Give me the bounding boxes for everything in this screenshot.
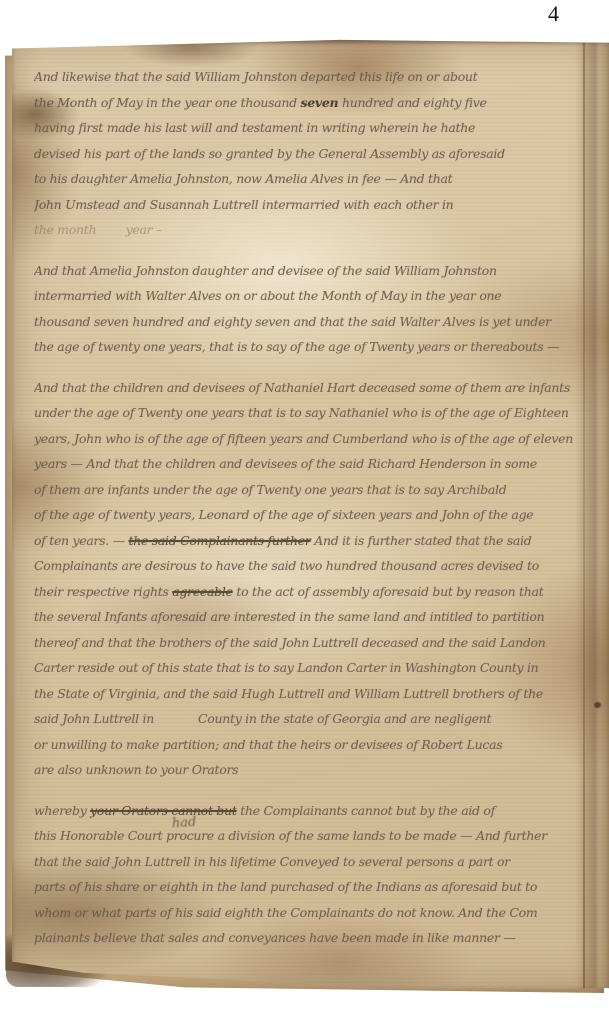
manuscript-line: whereby your Orators cannot but the Comp… xyxy=(34,798,582,824)
vertical-crease xyxy=(583,38,585,990)
handwritten-text: are also unknown to your Orators xyxy=(34,762,238,777)
handwritten-text: the several Infants aforesaid are intere… xyxy=(34,609,544,624)
handwritten-text: their respective rights xyxy=(34,584,172,599)
manuscript-line: years — And that the children and devise… xyxy=(34,451,582,477)
manuscript-line: of them are infants under the age of Twe… xyxy=(34,477,582,503)
handwritten-text: that the said John Luttrell in his lifet… xyxy=(34,854,510,869)
handwritten-text: under the age of Twenty one years that i… xyxy=(34,405,569,420)
handwritten-text: the Complainants cannot but by the aid o… xyxy=(237,803,495,818)
handwritten-text: seven xyxy=(301,95,339,110)
handwritten-text: this Honorable Court procure a division … xyxy=(34,828,547,843)
handwritten-text: to the act of assembly aforesaid but by … xyxy=(233,584,544,599)
handwritten-text: And that the children and devisees of Na… xyxy=(34,380,570,395)
handwritten-text: plainants believe that sales and conveya… xyxy=(34,930,516,945)
handwritten-text: hundred and eighty five xyxy=(338,95,486,110)
handwritten-text: the State of Virginia, and the said Hugh… xyxy=(34,686,543,701)
manuscript-line: their respective rights agreeable to the… xyxy=(34,579,582,605)
handwritten-text: the age of twenty one years, that is to … xyxy=(34,339,559,354)
handwritten-text: intermarried with Walter Alves on or abo… xyxy=(34,288,501,303)
handwritten-text: whom or what parts of his said eighth th… xyxy=(34,905,537,920)
manuscript-line: plainants believe that sales and conveya… xyxy=(34,925,582,951)
manuscript-line: the several Infants aforesaid are intere… xyxy=(34,604,582,630)
manuscript-line: having first made his last will and test… xyxy=(34,115,582,141)
handwritten-text: Carter reside out of this state that is … xyxy=(34,660,538,675)
struck-through-text: agreeable xyxy=(172,584,232,599)
handwritten-text: devised his part of the lands so granted… xyxy=(34,146,505,161)
struck-through-text: the said Complainants further xyxy=(129,533,311,548)
handwritten-text: parts of his share or eighth in the land… xyxy=(34,879,537,894)
manuscript-line: of ten years. — the said Complainants fu… xyxy=(34,528,582,554)
manuscript-line: thousand seven hundred and eighty seven … xyxy=(34,309,582,335)
handwritten-text: And that Amelia Johnston daughter and de… xyxy=(34,263,497,278)
handwritten-text: of ten years. — xyxy=(34,533,129,548)
handwritten-text: years, John who is of the age of fifteen… xyxy=(34,431,573,446)
manuscript-line: Complainants are desirous to have the sa… xyxy=(34,553,582,579)
handwritten-text: thereof and that the brothers of the sai… xyxy=(34,635,546,650)
manuscript-line: or unwilling to make partition; and that… xyxy=(34,732,582,758)
handwritten-text: thousand seven hundred and eighty seven … xyxy=(34,314,551,329)
manuscript-line: devised his part of the lands so granted… xyxy=(34,141,582,167)
handwritten-text: having first made his last will and test… xyxy=(34,120,475,135)
handwritten-text: whereby xyxy=(34,803,90,818)
handwritten-text: the Month of May in the year one thousan… xyxy=(34,95,301,110)
manuscript-line: this Honorable Court procure a division … xyxy=(34,823,582,849)
manuscript-line: years, John who is of the age of fifteen… xyxy=(34,426,582,452)
manuscript-line: thereof and that the brothers of the sai… xyxy=(34,630,582,656)
manuscript-line: John Umstead and Susannah Luttrell inter… xyxy=(34,192,582,218)
handwritten-text: said John Luttrell in County in the stat… xyxy=(34,711,491,726)
manuscript-line: are also unknown to your Orators xyxy=(34,757,582,783)
manuscript-sheet: And likewise that the said William Johns… xyxy=(12,38,609,990)
manuscript-line: Carter reside out of this state that is … xyxy=(34,655,582,681)
handwritten-text: John Umstead and Susannah Luttrell inter… xyxy=(34,197,453,212)
handwritten-text: the month year – xyxy=(34,222,162,237)
ink-blot xyxy=(594,702,601,708)
page-number: 4 xyxy=(548,1,559,27)
handwritten-text: to his daughter Amelia Johnston, now Ame… xyxy=(34,171,452,186)
handwritten-text: And likewise that the said William Johns… xyxy=(34,69,477,84)
manuscript-line: intermarried with Walter Alves on or abo… xyxy=(34,283,582,309)
manuscript-line: the Month of May in the year one thousan… xyxy=(34,90,582,116)
handwritten-text: or unwilling to make partition; and that… xyxy=(34,737,502,752)
manuscript-line: the State of Virginia, and the said Hugh… xyxy=(34,681,582,707)
manuscript-line: to his daughter Amelia Johnston, now Ame… xyxy=(34,166,582,192)
manuscript-line: And that Amelia Johnston daughter and de… xyxy=(34,258,582,284)
handwritten-text: Complainants are desirous to have the sa… xyxy=(34,558,539,573)
manuscript-lines: And likewise that the said William Johns… xyxy=(34,64,582,988)
handwritten-text: And it is further stated that the said xyxy=(311,533,532,548)
manuscript-line: And likewise that the said William Johns… xyxy=(34,64,582,90)
scanned-document-page: 4 And likewise that the said William Joh… xyxy=(0,0,609,1023)
handwritten-text: of them are infants under the age of Twe… xyxy=(34,482,506,497)
manuscript-line: the age of twenty one years, that is to … xyxy=(34,334,582,360)
handwritten-text: years — And that the children and devise… xyxy=(34,456,537,471)
manuscript-line: parts of his share or eighth in the land… xyxy=(34,874,582,900)
manuscript-line: said John Luttrell in County in the stat… xyxy=(34,706,582,732)
handwritten-text: of the age of twenty years, Leonard of t… xyxy=(34,507,533,522)
manuscript-line: And that the children and devisees of Na… xyxy=(34,375,582,401)
manuscript-line: the month year – xyxy=(34,217,582,243)
manuscript-line: under the age of Twenty one years that i… xyxy=(34,400,582,426)
manuscript-line: that the said John Luttrell in his lifet… xyxy=(34,849,582,875)
manuscript-line: whom or what parts of his said eighth th… xyxy=(34,900,582,926)
manuscript-line: of the age of twenty years, Leonard of t… xyxy=(34,502,582,528)
